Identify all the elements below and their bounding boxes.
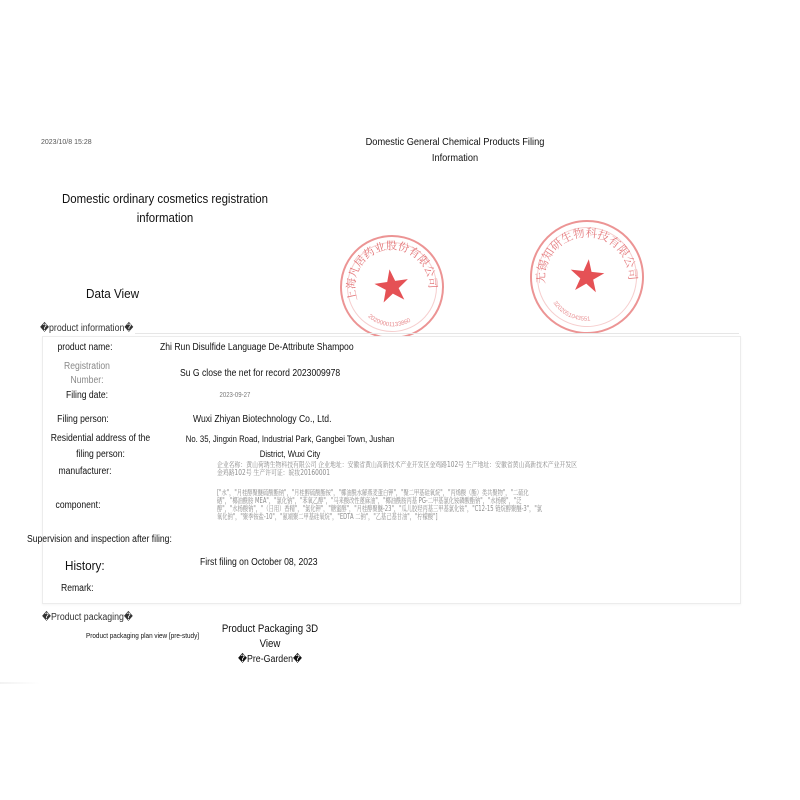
filing-person-value: Wuxi Zhiyan Biotechnology Co., Ltd. [193,414,365,425]
page-title: Domestic ordinary cosmetics registration… [46,189,284,227]
manufacturer-value: 企业名称：黄山荷琇生物科技有限公司 企业地址：安徽省黄山高新技术产业开发区金鸡路… [217,461,712,477]
general-title-line2: Information [354,150,556,166]
divider [0,682,40,684]
registration-label-line1: Registration [48,360,125,374]
product-packaging-section-label: �Product packaging� [42,612,133,623]
address-label-line2: filing person: [47,447,155,463]
product-name-label: product name: [46,342,123,353]
packaging-3d-view[interactable]: Product Packaging 3D View �Pre-Garden� [213,622,327,667]
page-title-line2: information [46,208,284,227]
supervision-label: Supervision and inspection after filing: [27,534,172,545]
component-value: ["水"，"月桂醇聚醚硫酸酯钠"，"月桂醇硫酸酯铵"，"椰油酰水解燕麦蛋白钾"，… [217,489,712,521]
packaging-3d-view-title: Product Packaging 3D View [213,622,327,652]
page-title-line1: Domestic ordinary cosmetics registration [46,189,284,208]
registration-number-label: Registration Number: [48,360,125,388]
filing-person-label: Filing person: [44,414,121,425]
general-chemical-title: Domestic General Chemical Products Filin… [354,134,556,166]
registration-number-value: Su G close the net for record 2023009978 [180,368,369,379]
filing-address-label: Residential address of the filing person… [47,431,155,463]
company-seal-left: 上海凡居药业股份有限公司 20200001133860 ★ [333,228,450,345]
product-information-section-label: �product information� [40,323,133,334]
history-value: First filing on October 08, 2023 [200,557,318,568]
registration-label-line2: Number: [48,374,125,388]
product-name-value: Zhi Run Disulfide Language De-Attribute … [160,342,384,353]
remark-label: Remark: [61,583,94,594]
svg-text:3202051043551: 3202051043551 [550,300,593,324]
general-title-line1: Domestic General Chemical Products Filin… [354,134,556,150]
star-icon: ★ [369,262,414,311]
filing-date-value: 2023-09-27 [220,392,251,399]
seal-right-number: 3202051043551 [550,300,593,324]
component-label: component: [39,500,116,511]
address-value-line2: District, Wuxi City [183,447,398,462]
manufacturer-label: manufacturer: [46,466,123,477]
address-value-line1: No. 35, Jingxin Road, Industrial Park, G… [183,432,398,447]
data-view-heading: Data View [86,286,139,301]
packaging-plan-view-label[interactable]: Product packaging plan view [pre-study] [86,631,199,640]
component-line: 氧化钠"，"聚季铵盐-10"，"氨端聚二甲基硅氧烷"，"EDTA 二钠"，"乙基… [217,513,564,521]
address-label-line1: Residential address of the [47,431,155,447]
filing-date-label: Filing date: [48,390,125,401]
company-seal-right: 无锡知研生物科技有限公司 3202051043551 ★ [524,214,649,339]
filing-address-value: No. 35, Jingxin Road, Industrial Park, G… [183,432,398,462]
star-icon: ★ [565,253,609,301]
section-divider [135,333,739,334]
packaging-3d-view-subtitle: �Pre-Garden� [213,652,327,667]
history-label: History: [65,558,105,573]
timestamp: 2023/10/8 15:28 [41,139,92,146]
manufacturer-value-line2: 金鸡路102号 生产许可证：皖妆20160001 [217,469,603,477]
